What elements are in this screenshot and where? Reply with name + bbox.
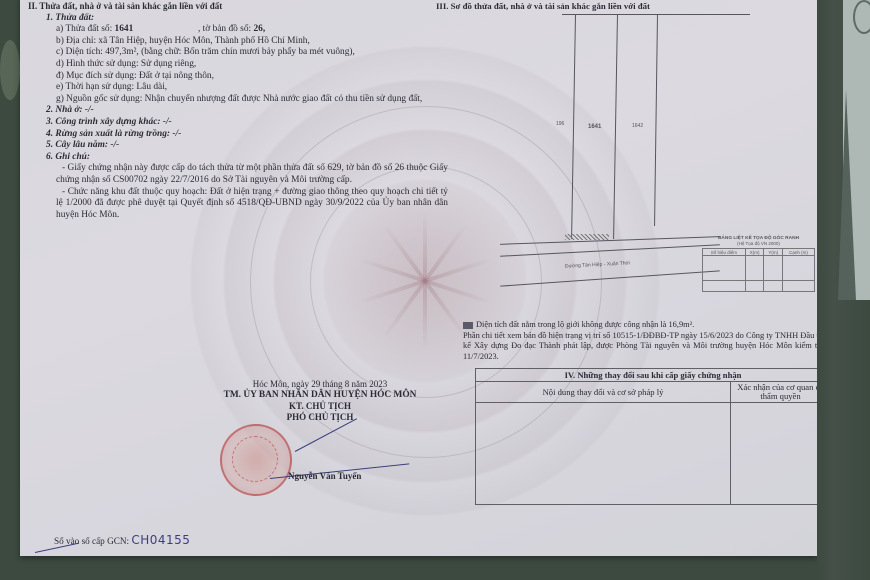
changes-table: IV. Những thay đổi sau khi cấp giấy chứn…: [475, 368, 817, 505]
section-land-info: II. Thửa đất, nhà ở và tài sản khác gắn …: [28, 1, 448, 221]
road-edge: [500, 244, 720, 257]
neighbor-left-label: 196: [556, 121, 564, 127]
signer-name: Nguyễn Văn Tuyến: [288, 471, 361, 481]
road-edge: [500, 236, 720, 245]
coord-header: Số hiệu điểm: [703, 249, 746, 256]
note-item: - Giấy chứng nhận này được cấp do tách t…: [28, 163, 448, 186]
background-pattern: [0, 40, 20, 100]
neighbor-boundary: [654, 14, 658, 226]
land-heading: 1. Thửa đất:: [28, 13, 448, 25]
note-item: - Chức năng khu đất thuộc quy hoạch: Đất…: [28, 187, 448, 222]
legend-swatch: [463, 322, 473, 329]
vice-chair-title: PHÓ CHỦ TỊCH: [195, 412, 445, 423]
notes-heading: 6. Ghi chú:: [28, 152, 448, 164]
changes-col-content: Nội dung thay đổi và cơ sở pháp lý: [476, 382, 731, 402]
road-edge: [500, 270, 720, 286]
changes-content-cell: [476, 403, 731, 504]
changes-confirmation-cell: [731, 403, 817, 504]
parcel-number-line: a) Thửa đất số: 1641 , tờ bản đồ số: 26,: [28, 24, 448, 36]
road-label: Đường Tân Hiệp - Xuân Thới: [565, 260, 630, 269]
parcel-boundary-right: [613, 14, 618, 239]
house-line: 2. Nhà ở: -/-: [28, 105, 448, 117]
forest-line: 4. Rừng sản xuất là rừng trồng: -/-: [28, 129, 448, 141]
kt-title: KT. CHỦ TỊCH: [195, 401, 445, 412]
restricted-area-text: Diện tích đất nằm trong lộ giới không đư…: [476, 320, 694, 329]
coordinate-table: BẢNG LIỆT KÊ TỌA ĐỘ GÓC RANH (Hệ Tọa độ …: [702, 236, 815, 292]
registry-value: CH04155: [131, 533, 190, 547]
coord-table-subtitle: (Hệ Tọa độ VN 2000): [702, 241, 815, 246]
use-form-line: d) Hình thức sử dụng: Sử dụng riêng,: [28, 59, 448, 71]
registry-number: Số vào sổ cấp GCN: CH04155: [54, 533, 190, 547]
changes-col-confirmation: Xác nhận của cơ quan có thẩm quyền: [731, 382, 817, 402]
parcel-boundary-left: [571, 14, 576, 239]
restricted-area-note: Diện tích đất nằm trong lộ giới không đư…: [463, 320, 817, 331]
use-purpose-line: đ) Mục đích sử dụng: Đất ở tại nông thôn…: [28, 71, 448, 83]
signature-stroke: [295, 418, 357, 452]
parcel-number: 1641: [115, 24, 134, 34]
road-setback-hatch: [565, 234, 609, 240]
use-term-line: e) Thời hạn sử dụng: Lâu dài,: [28, 82, 448, 94]
other-construction-line: 3. Công trình xây dựng khác: -/-: [28, 117, 448, 129]
land-certificate-page: II. Thửa đất, nhà ở và tài sản khác gắn …: [20, 0, 817, 556]
issuing-org: TM. ỦY BAN NHÂN DÂN HUYỆN HÓC MÔN: [195, 390, 445, 401]
neighbor-right-label: 1642: [632, 123, 643, 129]
perennial-line: 5. Cây lâu năm: -/-: [28, 140, 448, 152]
place-date: Hóc Môn, ngày 29 tháng 8 năm 2023: [195, 379, 445, 390]
adjacent-page-emblem: [853, 0, 870, 34]
red-seal-stamp: [220, 424, 292, 496]
section4-title: IV. Những thay đổi sau khi cấp giấy chứn…: [476, 369, 817, 382]
map-sheet-number: 26,: [253, 24, 265, 34]
area-line: c) Diện tích: 497,3m², (bằng chữ: Bốn tr…: [28, 47, 448, 59]
address-line: b) Địa chỉ: xã Tân Hiệp, huyện Hóc Môn, …: [28, 36, 448, 48]
page-fold-shadow: [838, 90, 856, 300]
section3-title: III. Sơ đồ thửa đất, nhà ở và tài sản kh…: [436, 1, 650, 11]
parcel-label: 1641: [588, 124, 601, 130]
survey-note: Phần chi tiết xem bản đồ hiện trạng vị t…: [463, 331, 817, 363]
origin-line: g) Nguồn gốc sử dụng: Nhận chuyển nhượng…: [28, 94, 448, 106]
coord-table-grid: Số hiệu điểm X(m) Y(m) Cạnh (m): [702, 248, 815, 292]
signature-block: Hóc Môn, ngày 29 tháng 8 năm 2023 TM. ỦY…: [195, 379, 445, 423]
map-sheet-label: , tờ bản đồ số:: [198, 24, 251, 34]
section2-title: II. Thửa đất, nhà ở và tài sản khác gắn …: [28, 1, 448, 13]
coord-header: Y(m): [764, 249, 783, 256]
coord-header: Cạnh (m): [783, 249, 815, 256]
parcel-number-label: a) Thửa đất số:: [56, 24, 112, 34]
map-notes: Diện tích đất nằm trong lộ giới không đư…: [463, 320, 817, 362]
coord-header: X(m): [745, 249, 764, 256]
